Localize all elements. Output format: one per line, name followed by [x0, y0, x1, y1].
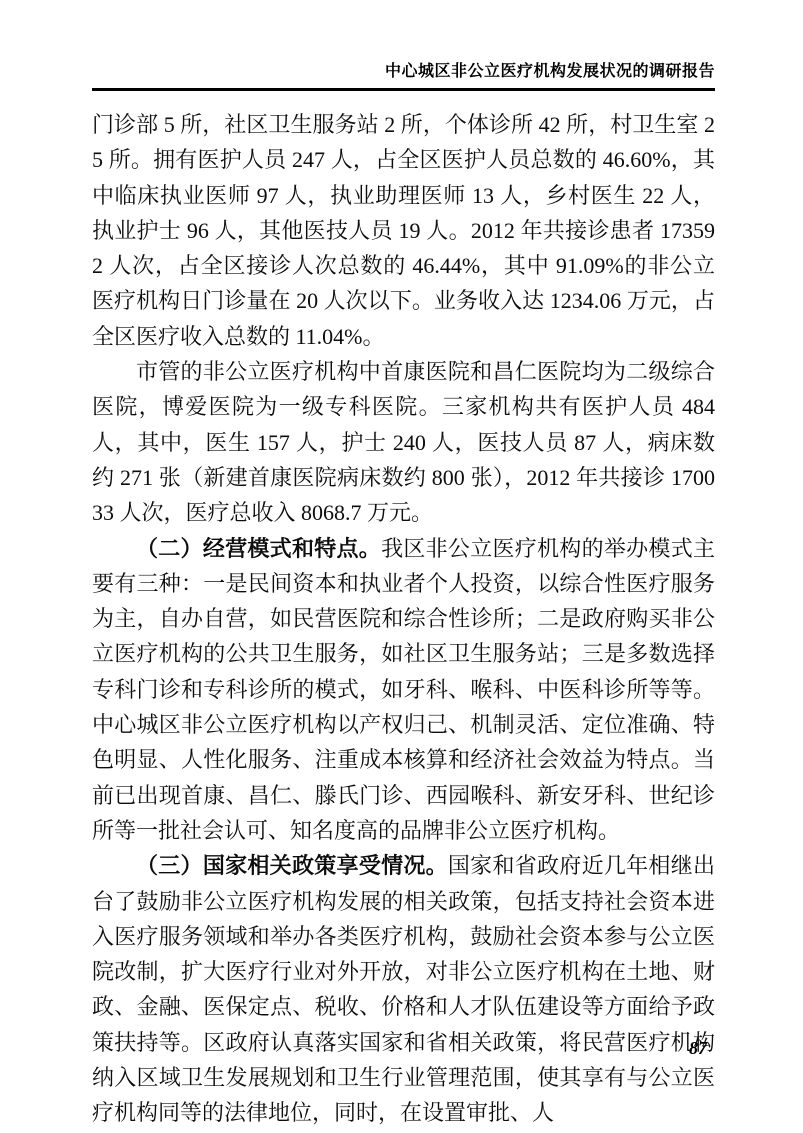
paragraph-text: 市管的非公立医疗机构中首康医院和昌仁医院均为二级综合医院，博爱医院为一级专科医院…	[92, 359, 715, 525]
paragraph-text: 我区非公立医疗机构的举办模式主要有三种：一是民间资本和执业者个人投资，以综合性医…	[92, 536, 715, 843]
paragraph-4: （三）国家相关政策享受情况。国家和省政府近几年相继出台了鼓励非公立医疗机构发展的…	[92, 848, 715, 1130]
paragraph-text: 门诊部 5 所，社区卫生服务站 2 所，个体诊所 42 所，村卫生室 25 所。…	[92, 112, 715, 349]
paragraph-text: 国家和省政府近几年相继出台了鼓励非公立医疗机构发展的相关政策，包括支持社会资本进…	[92, 853, 715, 1125]
paragraph-1: 门诊部 5 所，社区卫生服务站 2 所，个体诊所 42 所，村卫生室 25 所。…	[92, 107, 715, 354]
page-header: 中心城区非公立医疗机构发展状况的调研报告	[92, 58, 715, 91]
section-heading-2: （二）经营模式和特点。	[136, 536, 381, 561]
header-title: 中心城区非公立医疗机构发展状况的调研报告	[385, 63, 715, 80]
paragraph-2: 市管的非公立医疗机构中首康医院和昌仁医院均为二级综合医院，博爱医院为一级专科医院…	[92, 354, 715, 530]
document-page: 中心城区非公立医疗机构发展状况的调研报告 门诊部 5 所，社区卫生服务站 2 所…	[0, 0, 803, 1133]
document-body: 门诊部 5 所，社区卫生服务站 2 所，个体诊所 42 所，村卫生室 25 所。…	[92, 107, 715, 1131]
section-heading-3: （三）国家相关政策享受情况。	[136, 853, 448, 878]
paragraph-3: （二）经营模式和特点。我区非公立医疗机构的举办模式主要有三种：一是民间资本和执业…	[92, 531, 715, 849]
page-number: 87	[689, 1038, 707, 1059]
